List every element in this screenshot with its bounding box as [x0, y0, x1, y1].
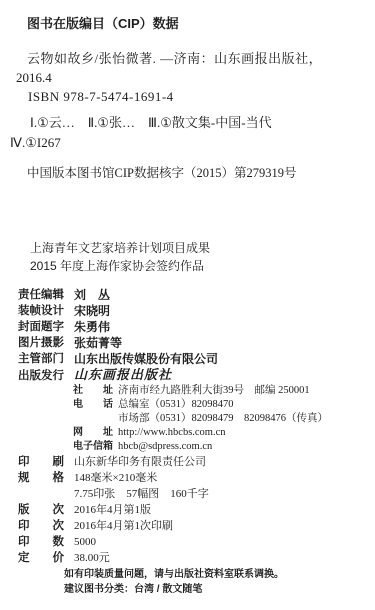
print-value: 5000 [74, 536, 96, 548]
print-value: 2016年4月第1次印刷 [74, 520, 173, 532]
print-value: 7.75印张 57幅图 160千字 [74, 488, 209, 500]
credit-value: 宋晓明 [74, 304, 110, 318]
publisher-row: 出版发行山东画报出版社 [18, 367, 365, 384]
award-line-1: 上海青年文艺家培养计划项目成果 [30, 239, 365, 257]
credits-block: 责任编辑刘 丛 装帧设计宋晓明 封面题字朱勇伟 图片摄影张茹菁等 主管部门山东出… [18, 287, 365, 384]
printing-block: 印 刷山东新华印务有限责任公司 规 格148毫米×210毫米 7.75印张 57… [18, 454, 365, 566]
cip-entry-line2: 2016.4 [16, 68, 365, 87]
print-value: 148毫米×210毫米 [74, 472, 157, 484]
footnotes-block: 如有印装质量问题，请与出版社资料室联系调换。 建议图书分类：台湾 / 散文随笔 [64, 567, 365, 597]
format-row: 规 格148毫米×210毫米 [18, 470, 365, 486]
credit-label: 主管部门 [18, 351, 68, 367]
detail-label: 网 址 [73, 426, 113, 440]
credit-label: 装帧设计 [18, 303, 68, 319]
detail-label: 电 话 [73, 398, 113, 412]
print-label: 印 数 [18, 535, 68, 550]
quality-notice: 如有印装质量问题，请与出版社资料室联系调换。 [64, 567, 365, 582]
credit-row-design: 装帧设计宋晓明 [18, 303, 365, 319]
edition-row: 版 次2016年4月第1版 [18, 502, 365, 518]
credit-value: 朱勇伟 [74, 320, 110, 334]
cip-record-number: 中国版本图书馆CIP数据核字（2015）第279319号 [27, 164, 365, 183]
credit-label: 责任编辑 [18, 287, 68, 303]
cip-classification-line1: Ⅰ.①云… Ⅱ.①张… Ⅲ.①散文集-中国-当代 [30, 113, 365, 133]
credit-value: 张茹菁等 [74, 336, 122, 350]
print-run-row: 印 数5000 [18, 534, 365, 550]
credit-label: 封面题字 [18, 319, 68, 335]
credit-label: 图片摄影 [18, 335, 68, 351]
price-row: 定 价38.00元 [18, 550, 365, 566]
credit-value: 刘 丛 [74, 288, 110, 302]
print-label: 版 次 [18, 503, 68, 518]
detail-value: hbcb@sdpress.com.cn [118, 441, 212, 452]
copyright-page: 图书在版编目（CIP）数据 云物如故乡/张怡微著. —济南：山东画报出版社， 2… [0, 0, 375, 610]
cip-entry-line1: 云物如故乡/张怡微著. —济南：山东画报出版社， [27, 49, 365, 68]
credit-row-editor: 责任编辑刘 丛 [18, 287, 365, 303]
print-value: 山东新华印务有限责任公司 [74, 456, 206, 468]
publisher-phone-row-2: 市场部（0531）82098479 82098476（传真） [73, 412, 365, 426]
suggested-category: 建议图书分类：台湾 / 散文随笔 [64, 582, 365, 597]
format-row-2: 7.75印张 57幅图 160千字 [18, 486, 365, 502]
credit-row-supervisor: 主管部门山东出版传媒股份有限公司 [18, 351, 365, 367]
publisher-email-row: 电子信箱hbcb@sdpress.com.cn [73, 440, 365, 454]
credit-row-photography: 图片摄影张茹菁等 [18, 335, 365, 351]
detail-value: 济南市经九路胜利大街39号 邮编 250001 [118, 385, 310, 396]
detail-label: 电子信箱 [73, 440, 113, 454]
credit-row-cover-calligraphy: 封面题字朱勇伟 [18, 319, 365, 335]
detail-value: 市场部（0531）82098479 82098476（传真） [118, 413, 328, 424]
awards-block: 上海青年文艺家培养计划项目成果 2015 年度上海作家协会签约作品 [30, 239, 365, 275]
award-line-2: 2015 年度上海作家协会签约作品 [30, 257, 365, 275]
print-label: 印 次 [18, 519, 68, 534]
print-label: 规 格 [18, 471, 68, 486]
print-value: 38.00元 [74, 552, 110, 564]
cip-header: 图书在版编目（CIP）数据 [27, 14, 365, 33]
cip-classification-line2: Ⅳ.①I267 [10, 133, 365, 153]
print-label: 定 价 [18, 551, 68, 566]
print-label: 印 刷 [18, 455, 68, 470]
publisher-name: 山东画报出版社 [74, 368, 172, 383]
detail-value: http://www.hbcbs.com.cn [118, 427, 226, 438]
print-value: 2016年4月第1版 [74, 504, 151, 516]
publisher-address-row: 社 址济南市经九路胜利大街39号 邮编 250001 [73, 384, 365, 398]
publisher-phone-row: 电 话总编室（0531）82098470 [73, 398, 365, 412]
publisher-website-row: 网 址http://www.hbcbs.com.cn [73, 426, 365, 440]
publisher-label: 出版发行 [18, 368, 68, 384]
impression-row: 印 次2016年4月第1次印刷 [18, 518, 365, 534]
detail-label: 社 址 [73, 384, 113, 398]
detail-value: 总编室（0531）82098470 [118, 399, 234, 410]
publisher-details-block: 社 址济南市经九路胜利大街39号 邮编 250001 电 话总编室（0531）8… [18, 384, 365, 454]
isbn-line: ISBN 978-7-5474-1691-4 [28, 87, 365, 106]
credit-value: 山东出版传媒股份有限公司 [74, 352, 218, 366]
printer-row: 印 刷山东新华印务有限责任公司 [18, 454, 365, 470]
